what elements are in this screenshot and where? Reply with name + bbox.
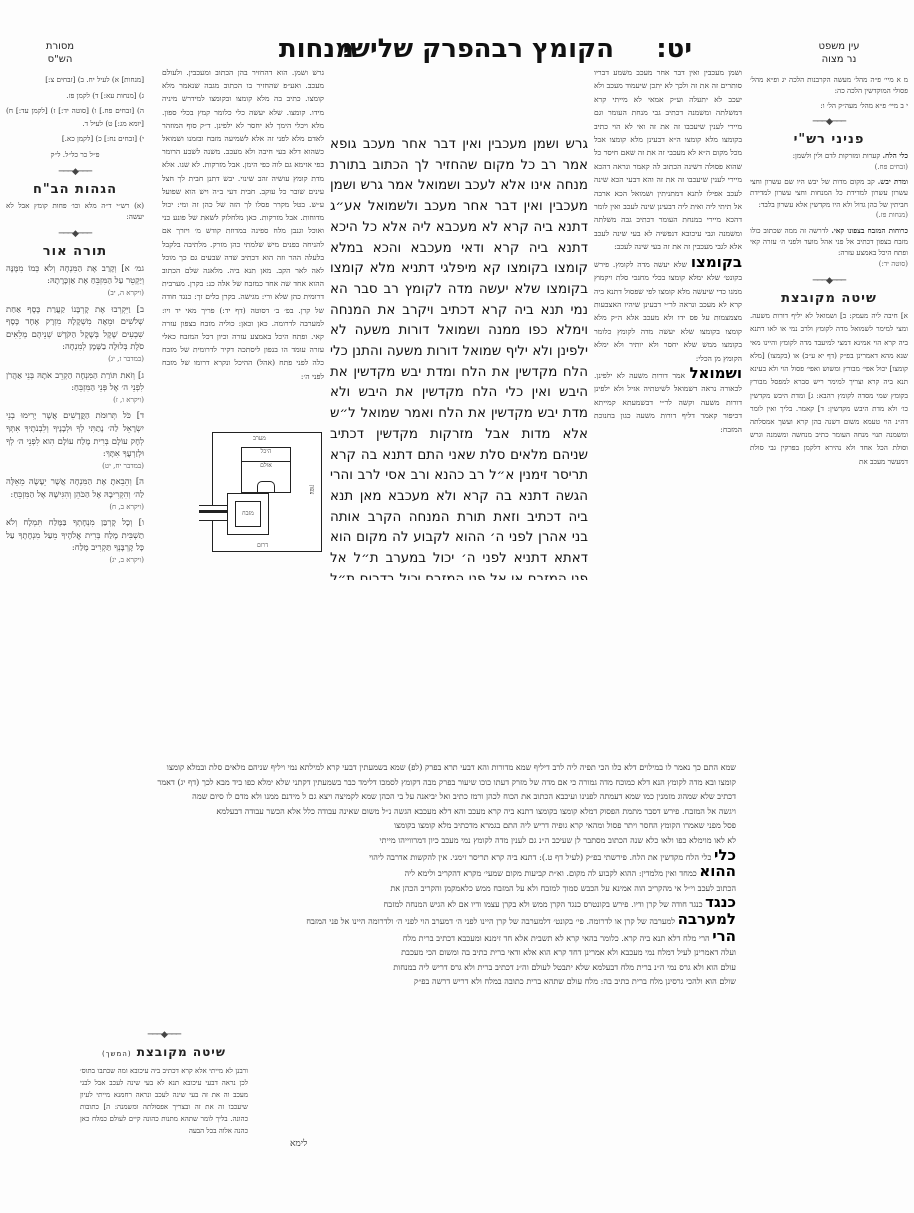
ein-mishpat-entry: מ א מיי׳ פ״ה מהל׳ מעשה הקרבנות הלכה יג ו… xyxy=(750,74,908,97)
torah-or-source: (במדבר ז, יג) xyxy=(6,353,144,366)
lower-commentary-line: לא לאו מוימלא כפו ולאו כלא שנה הכתוב מסת… xyxy=(150,833,736,848)
lower-commentary-line: הרי הרי מלח דלא תנא ביה קרא. כלומר בהאי … xyxy=(150,929,736,946)
masoret-heading-line1: מסורת xyxy=(30,40,90,53)
left-margin: [מנחות] א) לעיל יח. ב) [זבחים צ:] ג) [מנ… xyxy=(6,74,144,854)
tosafot-paragraph-text: שלא יעשה מדה לקומץ. פירש בקונט׳ שלא ימלא… xyxy=(594,260,742,363)
torah-or-entry: ו] וְכָל קָרְבַּן מִנְחָתְךָ בַּמֶּלַח ת… xyxy=(6,516,144,566)
pnei-rashi-entry-source: (מנחות פז.) xyxy=(750,210,908,221)
lower-commentary-line: הכתוב לעכב וי״ל אי מהקריב הוה אמינא על ה… xyxy=(150,881,736,896)
tosafot: ושמן מעכבין ואין דבר אחר מעכב משמע דבריו… xyxy=(594,66,742,541)
ornament-divider: ───◆─── xyxy=(750,117,908,127)
torah-or-verse: ו] וְכָל קָרְבַּן מִנְחָתְךָ בַּמֶּלַח ת… xyxy=(6,517,144,552)
hagahot-habach-text: (א) רש״י ד״ה מלא וכו׳ פחות קומץ אבל לא י… xyxy=(6,200,144,223)
dibur-hamatchil: למערבה xyxy=(678,910,736,928)
lower-commentary-line: ההוא כמחד ואין מלמדין: ההוא לקבוע לה מקו… xyxy=(150,864,736,881)
ein-mishpat-section: מ א מיי׳ פ״ה מהל׳ מעשה הקרבנות הלכה יג ו… xyxy=(750,74,908,111)
tosafot-paragraph: בקומצו שלא יעשה מדה לקומץ. פירש בקונט׳ ש… xyxy=(594,256,742,365)
ornament-divider: ───◆─── xyxy=(6,229,144,239)
altar-diagram: מערב היכל אולם מזבח דרום צפון xyxy=(212,432,322,552)
chapter-name: הקומץ רבה xyxy=(474,34,614,64)
pnei-rashi-entry: כלי הלח. קערות ומזרקות לדם ולין ולשמן: (… xyxy=(750,150,908,173)
torah-or-entry: ג] וְזֹאת תּוֹרַת הַמִּנְחָה הַקְרֵב אֹת… xyxy=(6,369,144,407)
masoret-entry: ג) [מנחות עא:] ד) לקמן פז. xyxy=(6,90,144,103)
ein-mishpat-heading-line1: עין משפט xyxy=(804,40,874,53)
diagram-altar-inner: מזבח xyxy=(235,501,261,527)
masoret-heading-line2: הש"ס xyxy=(30,53,90,66)
ein-mishpat-heading: עין משפט נר מצוה xyxy=(804,40,874,66)
pnei-rashi-entry-source: (סוטה יד:) xyxy=(750,259,908,270)
pnei-rashi-title: פניני רש"י xyxy=(750,131,908,148)
diagram-label-heichal: היכל xyxy=(261,448,272,455)
torah-or-entry: ד] כֹּל תְּרוּמֹת הַקֳּדָשִׁים אֲשֶׁר יָ… xyxy=(6,409,144,472)
tractate-name: מנחות xyxy=(279,34,354,64)
dibur-hamatchil: הרי xyxy=(712,927,736,945)
lower-commentary-line: עולם הוא ולא גרס נמי ה״נ ברית מלח דבעלמא… xyxy=(150,960,736,975)
torah-or-verse: ד] כֹּל תְּרוּמֹת הַקֳּדָשִׁים אֲשֶׁר יָ… xyxy=(6,410,144,458)
lower-commentary-text: כנגד חודה של קרן ודיו. פירש בקונטרס כנגד… xyxy=(384,899,703,909)
torah-or-source: (ויקרא ו, ז) xyxy=(6,394,144,407)
diagram-label-south: דרום xyxy=(257,542,268,549)
dibur-hamatchil: כנגד xyxy=(705,893,736,911)
lower-commentary-line: למערבה למערבה של קרן או לדרומה. פי׳ בקונ… xyxy=(150,912,736,929)
tosafot-text: ושמן מעכבין ואין דבר אחר מעכב משמע דבריו… xyxy=(594,68,742,251)
daf-number: יט: xyxy=(656,34,692,64)
chapter-number: פרק שלישי xyxy=(343,34,474,64)
gemara-wide-block xyxy=(150,580,590,695)
tosafot-dibur-hamatchil: ושמואל xyxy=(689,364,742,382)
ornament-divider: ───◆─── xyxy=(6,167,144,177)
diagram-label-west: מערב xyxy=(253,435,266,442)
diagram-label-north: צפון xyxy=(308,485,315,494)
dibur-hamatchil: ההוא xyxy=(699,862,736,880)
diagram-ramp-stripe xyxy=(199,510,227,513)
lower-commentary-text: כלי הלח מקדשין את הלח. פירשתי בפ״ק (לעיל… xyxy=(369,852,711,862)
lower-commentary: שמא התם כך נאמר לו במילוים דלא כלו הכי ת… xyxy=(150,760,736,1140)
diagram-ulam: אולם xyxy=(241,461,291,493)
pnei-rashi-entry: ומדת יבש. קב מקום מדות של יבש היו שם עשר… xyxy=(750,176,908,222)
pnei-rashi-entry-head: כרוחות המזבח בצפונו קאי. xyxy=(831,226,908,235)
lower-commentary-text: הרי מלח דלא תנא ביה קרא. כלומר בהאי קרא … xyxy=(403,933,710,943)
torah-or-title: תורה אור xyxy=(6,243,144,260)
lower-commentary-text: כמחד ואין מלמדין: ההוא לקבוע לה מקום. וא… xyxy=(405,868,697,878)
pnei-rashi-entry-source: (זבחים פח.) xyxy=(750,162,908,173)
diagram-label-mizbeach: מזבח xyxy=(242,510,254,517)
right-margin: מ א מיי׳ פ״ה מהל׳ מעשה הקרבנות הלכה יג ו… xyxy=(750,74,908,1159)
torah-or-verse: ג] וְזֹאת תּוֹרַת הַמִּנְחָה הַקְרֵב אֹת… xyxy=(6,370,144,393)
masoret-entry: י) [זבחים נח:] כ) [לקמן כא.] xyxy=(6,133,144,146)
tosafot-dibur-hamatchil: בקומצו xyxy=(691,253,742,271)
masoret-entry: [מנחות] א) לעיל יח. ב) [זבחים צ:] xyxy=(6,74,144,87)
lower-commentary-text: למערבה של קרן או לדרומה. פי׳ בקונט׳ דלמע… xyxy=(306,916,675,926)
lower-commentary-line: פסל מפני שאמרו הקומץ החסר ויתר פסול ומהא… xyxy=(150,818,736,833)
masoret-entry: פ״ל כר כל״ל. ל״ק xyxy=(6,149,144,162)
rashi-text: גרש ושמן. הוא דהחזיר בהן הכתוב ומעכבין. … xyxy=(162,68,324,381)
torah-or-source: (במדבר יח, יט) xyxy=(6,460,144,473)
rashi: גרש ושמן. הוא דהחזיר בהן הכתוב ומעכבין. … xyxy=(162,66,324,436)
pnei-rashi-entry-head: ומדת יבש. xyxy=(878,177,908,186)
catchword: לימא xyxy=(290,1138,307,1149)
pnei-rashi-entry-head: כלי הלח. xyxy=(882,151,908,160)
pnei-rashi-entry-text: קערות ומזרקות לדם ולין ולשמן: xyxy=(793,151,881,160)
shita-mekubetzet-continued-label: (המשך) xyxy=(102,1050,132,1058)
diagram-label-ulam: אולם xyxy=(260,462,272,469)
torah-or-entry: ה] וְהֵבֵאתָ אֶת הַמִּנְחָה אֲשֶׁר יֵעָש… xyxy=(6,475,144,513)
diagram-ramp xyxy=(199,505,227,521)
torah-or-entry: ב] וַיִּקְרְבוּ אֶת קָרְבָּנוֹ קַעֲרַת כ… xyxy=(6,303,144,366)
masoret-hashas-heading: מסורת הש"ס xyxy=(30,40,90,66)
gemara-text: גרש ושמן מעכבין ואין דבר אחר מעכב גופא א… xyxy=(330,137,588,580)
diagram-pillars xyxy=(257,481,275,492)
torah-or-source: (ויקרא ב, יג) xyxy=(6,554,144,567)
masoret-entry: ה) [זבחים פח.] ו) [סוטה יד:] ז) [לקמן עד… xyxy=(6,105,144,130)
lower-commentary-line: כלי כלי הלח מקדשין את הלח. פירשתי בפ״ק (… xyxy=(150,848,736,865)
torah-or-source: (ויקרא ה, יב) xyxy=(6,287,144,300)
tosafot-paragraph: ושמואל אמר דורות משעה לא ילפינן. לכאורה … xyxy=(594,367,742,436)
shita-mekubetzet-title: שיטה מקובצת xyxy=(750,290,908,307)
lower-commentary-line: ועלה דאמרינן לעיל דמלח נמי מעכבא ולא אמר… xyxy=(150,945,736,960)
gemara-main-text: גרש ושמן מעכבין ואין דבר אחר מעכב גופא א… xyxy=(330,135,588,580)
torah-or-source: (ויקרא ב, ח) xyxy=(6,501,144,514)
lower-commentary-line: ויגשה אל המזבח. פירש דסבר מתמת הפסוק דמל… xyxy=(150,804,736,819)
lower-commentary-line: דכתיב שלא שמהוג מזמנין כמו שמא דעמתה לפנ… xyxy=(150,789,736,804)
lower-commentary-line: כנגד כנגד חודה של קרן ודיו. פירש בקונטרס… xyxy=(150,895,736,912)
pnei-rashi-section: כלי הלח. קערות ומזרקות לדם ולין ולשמן: (… xyxy=(750,150,908,270)
lower-commentary-line: שמא התם כך נאמר לו במילוים דלא כלו הכי ת… xyxy=(150,760,736,775)
shita-mekubetzet-text: א] חיבה ליה מעמק: ב] ושמואל לא יליף דורו… xyxy=(750,309,908,467)
torah-or-verse: גמ׳ א] וְקָרַב אֶת הַמִּנְחָה וְלֹא כְּמ… xyxy=(6,263,144,286)
dibur-hamatchil: כלי xyxy=(714,846,736,864)
torah-or-section: גמ׳ א] וְקָרַב אֶת הַמִּנְחָה וְלֹא כְּמ… xyxy=(6,262,144,567)
torah-or-verse: ב] וַיִּקְרְבוּ אֶת קָרְבָּנוֹ קַעֲרַת כ… xyxy=(6,304,144,352)
torah-or-verse: ה] וְהֵבֵאתָ אֶת הַמִּנְחָה אֲשֶׁר יֵעָש… xyxy=(6,476,144,499)
pnei-rashi-entry: כרוחות המזבח בצפונו קאי. לדרשה זה ממה שכ… xyxy=(750,225,908,271)
masoret-hashas-section: [מנחות] א) לעיל יח. ב) [זבחים צ:] ג) [מנ… xyxy=(6,74,144,161)
ein-mishpat-heading-line2: נר מצוה xyxy=(804,53,874,66)
lower-commentary-line: קומצו ובא מדה לקומץ הנא דלא כמוכח מדה גמ… xyxy=(150,775,736,790)
ein-mishpat-entry: י ב מיי׳ פ״א מהל׳ מעה״ק הל׳ ו: xyxy=(750,100,908,111)
hagahot-habach-title: הגהות הב"ח xyxy=(6,181,144,198)
ornament-divider: ───◆─── xyxy=(750,276,908,286)
torah-or-entry: גמ׳ א] וְקָרַב אֶת הַמִּנְחָה וְלֹא כְּמ… xyxy=(6,262,144,300)
lower-commentary-line: שולם הוא ולהכי גרסינן מלח ברית כתיב בה: … xyxy=(150,974,736,989)
